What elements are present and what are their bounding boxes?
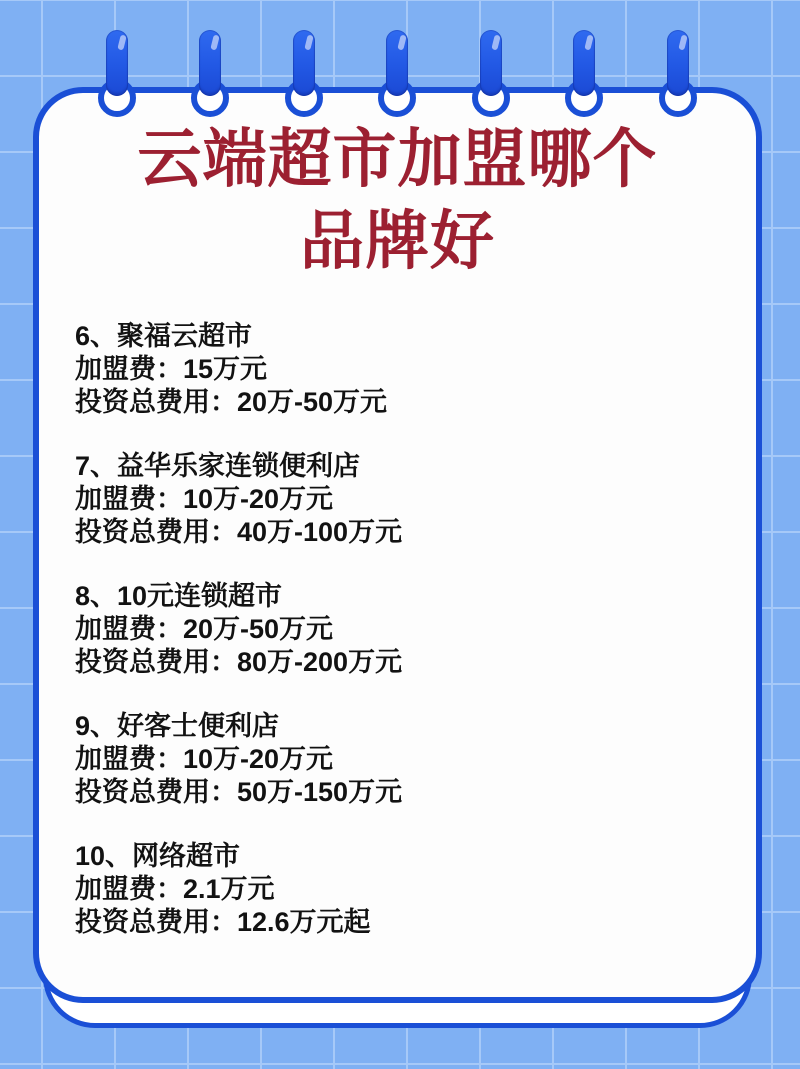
binder-pin-icon	[293, 30, 315, 96]
binder-pin-icon	[480, 30, 502, 96]
page-title-line1: 云端超市加盟哪个	[33, 118, 762, 200]
binder-pin-icon	[667, 30, 689, 96]
list-item: 8、10元连锁超市 加盟费：20万-50万元 投资总费用：80万-200万元	[75, 580, 725, 679]
brand-list: 6、聚福云超市 加盟费：15万元 投资总费用：20万-50万元 7、益华乐家连锁…	[75, 320, 725, 970]
total-investment: 投资总费用：20万-50万元	[75, 386, 725, 419]
total-investment: 投资总费用：50万-150万元	[75, 776, 725, 809]
binder-pin-icon	[106, 30, 128, 96]
binder-ring	[658, 30, 698, 120]
brand-name: 6、聚福云超市	[75, 320, 725, 353]
binder-ring	[471, 30, 511, 120]
brand-name: 7、益华乐家连锁便利店	[75, 450, 725, 483]
page-title-line2: 品牌好	[33, 200, 762, 282]
franchise-fee: 加盟费：10万-20万元	[75, 483, 725, 516]
franchise-fee: 加盟费：15万元	[75, 353, 725, 386]
franchise-fee: 加盟费：20万-50万元	[75, 613, 725, 646]
list-item: 9、好客士便利店 加盟费：10万-20万元 投资总费用：50万-150万元	[75, 710, 725, 809]
brand-name: 10、网络超市	[75, 840, 725, 873]
notepad-poster: { "colors": { "background_blue": "#7fb0f…	[0, 0, 800, 1069]
binder-pin-icon	[199, 30, 221, 96]
franchise-fee: 加盟费：10万-20万元	[75, 743, 725, 776]
brand-name: 9、好客士便利店	[75, 710, 725, 743]
total-investment: 投资总费用：80万-200万元	[75, 646, 725, 679]
binder-ring	[377, 30, 417, 120]
binder-ring	[564, 30, 604, 120]
brand-name: 8、10元连锁超市	[75, 580, 725, 613]
binder-pin-icon	[386, 30, 408, 96]
binder-ring	[97, 30, 137, 120]
page-title: 云端超市加盟哪个 品牌好	[33, 118, 762, 282]
list-item: 10、网络超市 加盟费：2.1万元 投资总费用：12.6万元起	[75, 840, 725, 939]
franchise-fee: 加盟费：2.1万元	[75, 873, 725, 906]
list-item: 6、聚福云超市 加盟费：15万元 投资总费用：20万-50万元	[75, 320, 725, 419]
binder-ring	[190, 30, 230, 120]
total-investment: 投资总费用：40万-100万元	[75, 516, 725, 549]
binder-pin-icon	[573, 30, 595, 96]
list-item: 7、益华乐家连锁便利店 加盟费：10万-20万元 投资总费用：40万-100万元	[75, 450, 725, 549]
binder-ring	[284, 30, 324, 120]
total-investment: 投资总费用：12.6万元起	[75, 906, 725, 939]
